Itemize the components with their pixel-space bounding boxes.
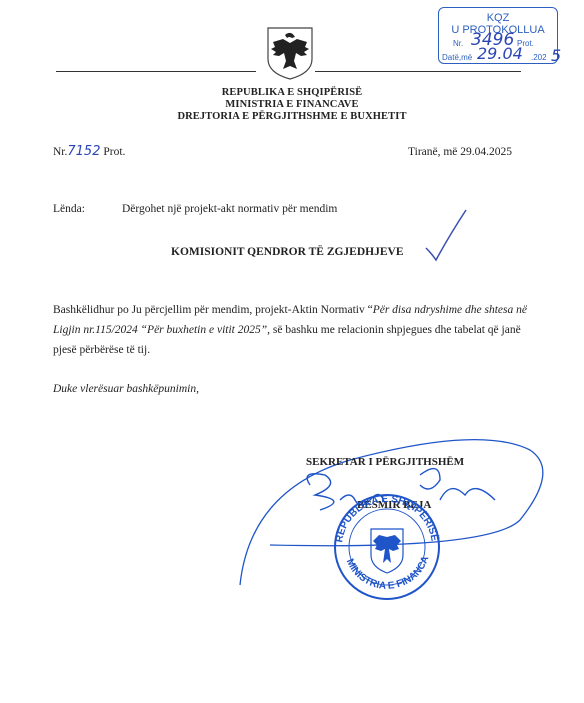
header-rule-left bbox=[56, 71, 256, 72]
body-paragraph: Bashkëlidhur po Ju përcjellim për mendim… bbox=[53, 300, 531, 360]
header-line-republic: REPUBLIKA E SHQIPËRISË bbox=[0, 87, 584, 98]
header-line-ministry: MINISTRIA E FINANCAVE bbox=[0, 99, 584, 110]
ref-prot-label: Prot. bbox=[103, 146, 125, 158]
stamp-nr-label: Nr. bbox=[453, 39, 463, 48]
subject-label: Lënda: bbox=[53, 199, 85, 219]
ref-nr-value: 7152 bbox=[67, 144, 100, 159]
header-line-directorate: DREJTORIA E PËRGJITHSHME E BUXHETIT bbox=[0, 111, 584, 122]
place-date: Tiranë, më 29.04.2025 bbox=[408, 142, 512, 162]
signatory-title: SEKRETAR I PËRGJITHSHËM bbox=[306, 456, 464, 468]
stamp-org: KQZ bbox=[439, 12, 557, 24]
recipient: KOMISIONIT QENDROR TË ZGJEDHJEVE bbox=[171, 246, 404, 258]
stamp-year-prefix: .202 bbox=[531, 53, 547, 62]
albanian-eagle-emblem-icon bbox=[265, 25, 315, 81]
stamp-date-value: 29.04 bbox=[477, 44, 523, 63]
closing: Duke vlerësuar bashkëpunimin, bbox=[53, 379, 199, 399]
protocol-stamp: KQZ U PROTOKOLLUA Nr. 3496 Prot. Datë,më… bbox=[438, 7, 558, 64]
check-mark-icon bbox=[424, 206, 469, 266]
stamp-date-label: Datë,më bbox=[442, 53, 472, 62]
ref-nr-label: Nr. bbox=[53, 146, 67, 158]
subject-text: Dërgohet një projekt-akt normativ për me… bbox=[122, 199, 337, 219]
body-part1: Bashkëlidhur po Ju përcjellim për mendim… bbox=[53, 304, 373, 316]
reference-number: Nr.7152 Prot. bbox=[53, 142, 125, 162]
header-rule-right bbox=[315, 71, 521, 72]
stamp-year-suffix: 5 bbox=[551, 46, 561, 65]
ministry-seal-icon: REPUBLIKA E SHQIPËRISË MINISTRIA E FINAN… bbox=[327, 485, 447, 605]
